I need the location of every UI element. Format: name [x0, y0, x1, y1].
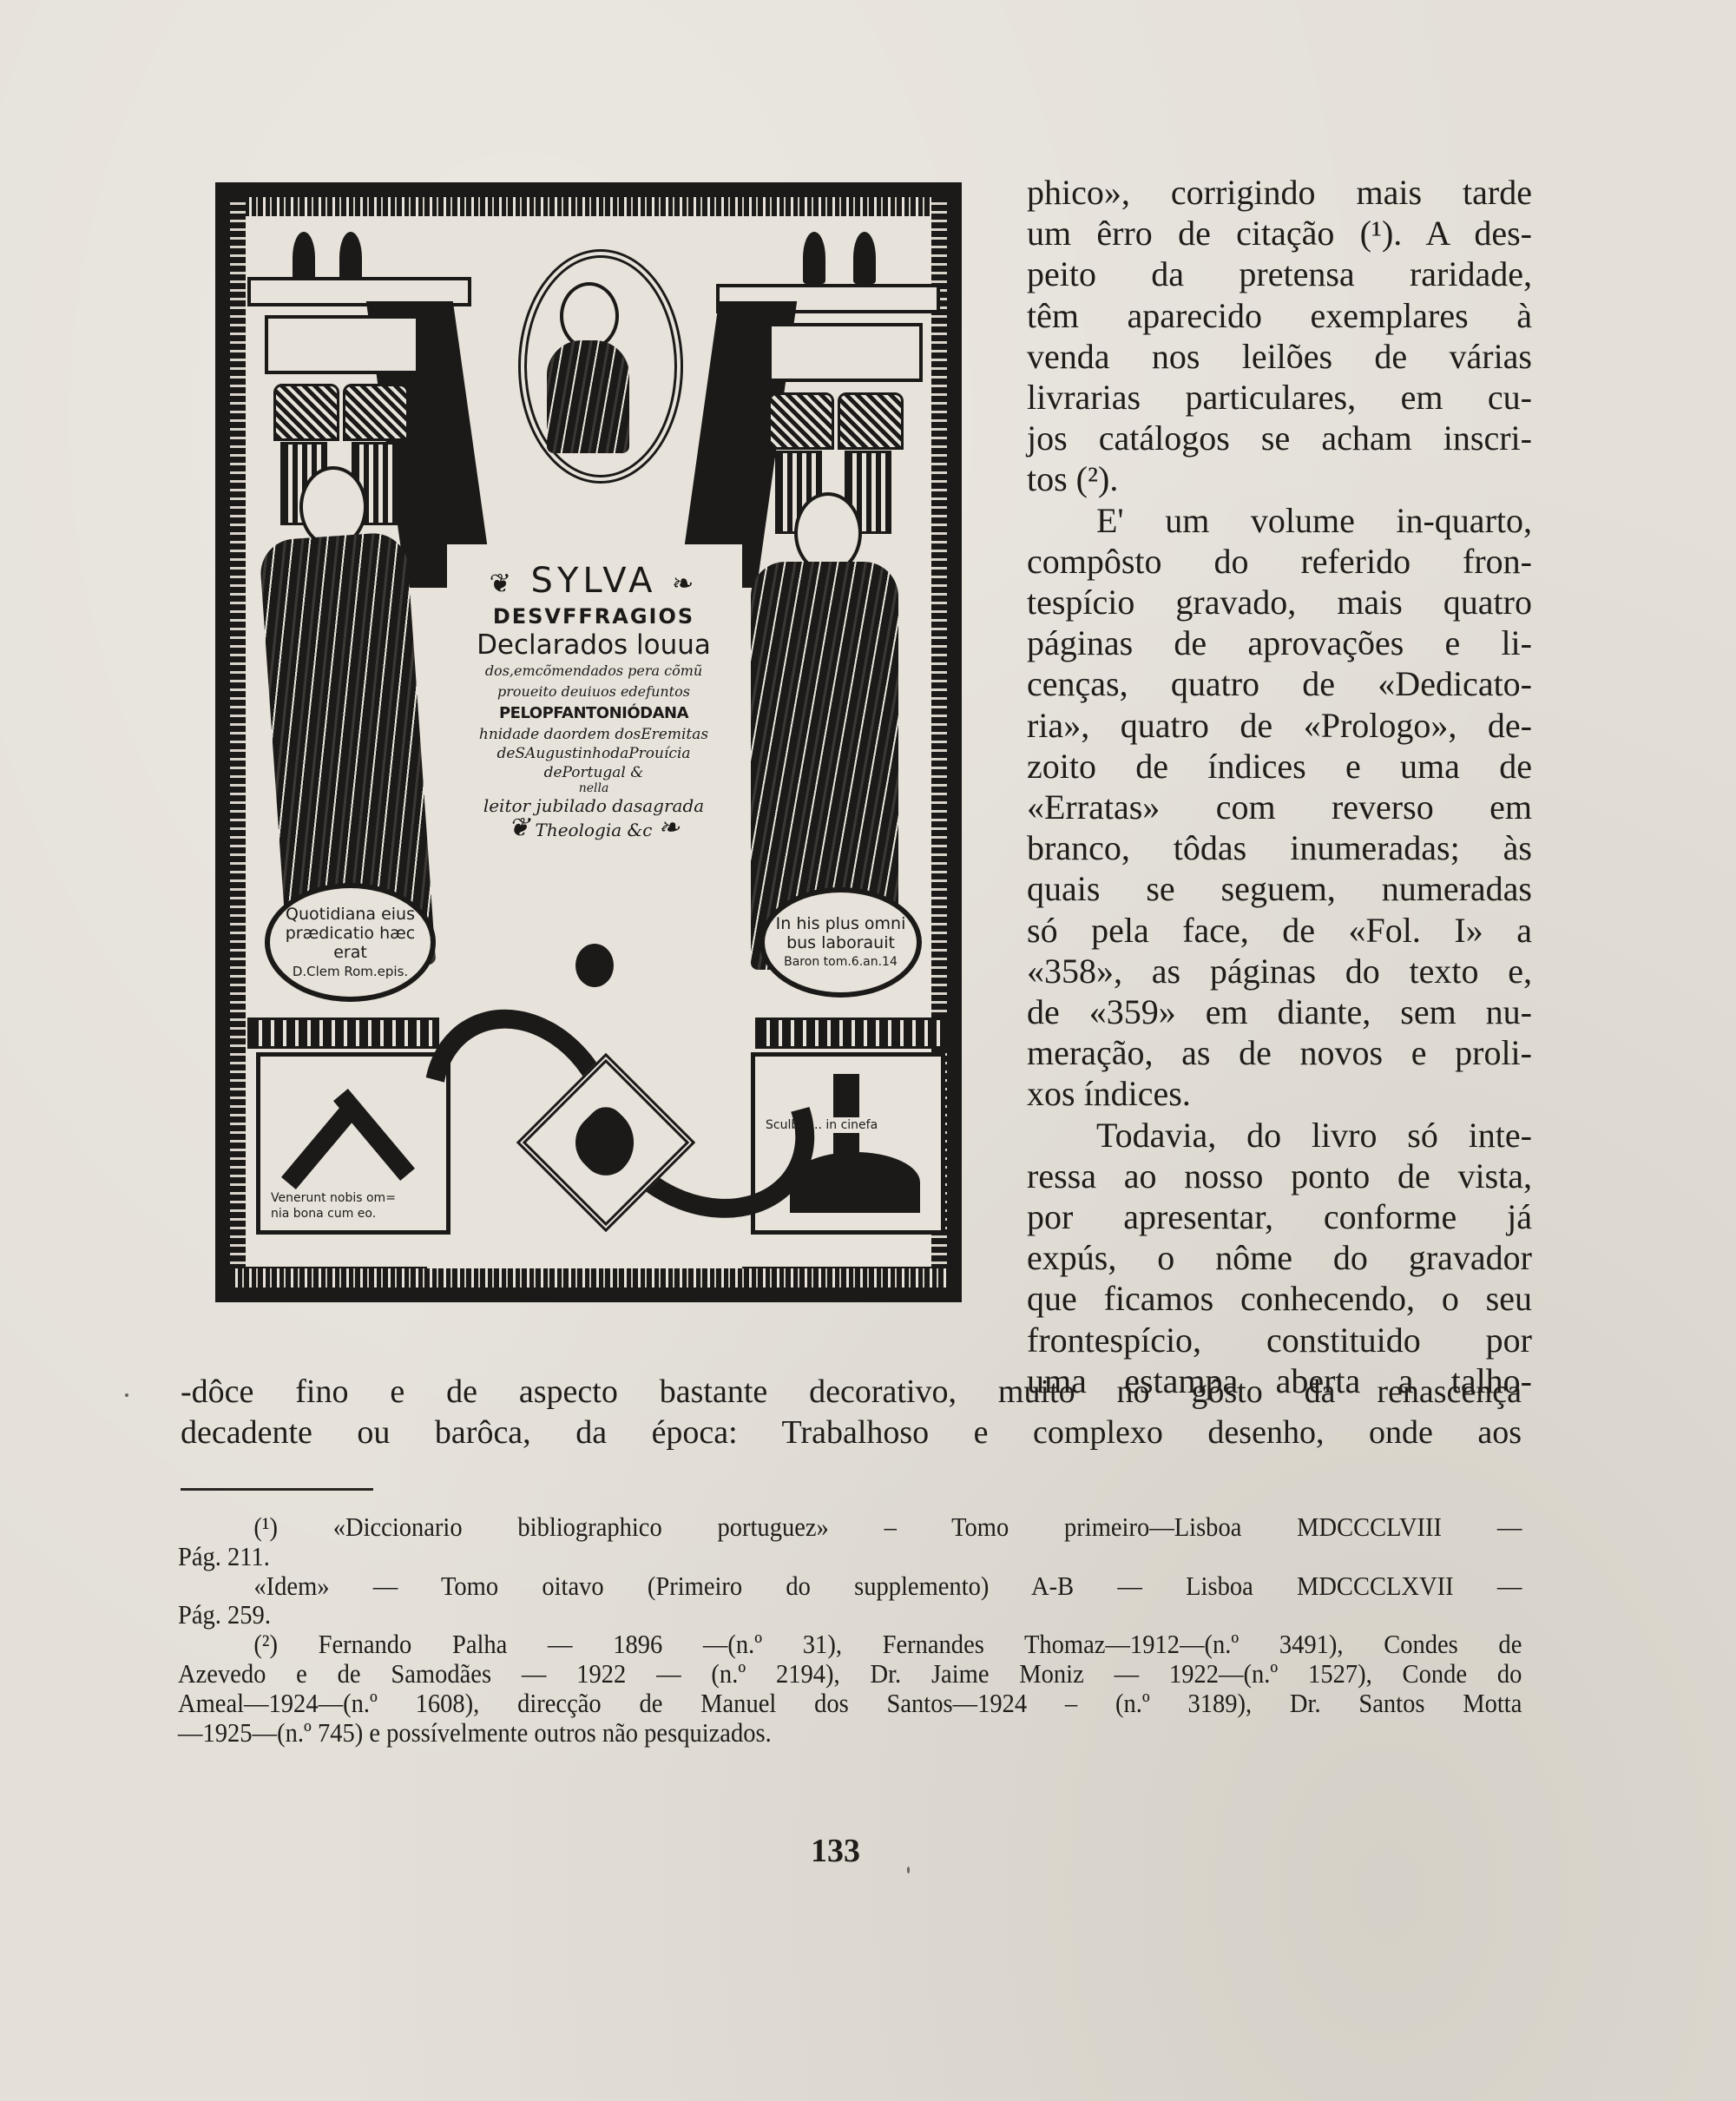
text-line: frontespício, constituido por — [1027, 1320, 1532, 1360]
finial-icon — [853, 232, 876, 284]
title-line: leitor jubilado dasagrada — [459, 794, 728, 817]
text-line: «358», as páginas do texto e, — [1027, 951, 1532, 991]
finial-icon — [293, 232, 315, 284]
flourish-icon: ❦ — [490, 569, 516, 599]
text-line: meração, as de novos e proli- — [1027, 1032, 1532, 1073]
text-line: por apresentar, conforme já — [1027, 1196, 1532, 1237]
left-cartouche: Quotidiana eius prædicatio hæc erat D.Cl… — [265, 883, 436, 1002]
crest-icon — [575, 944, 614, 987]
left-capital-2 — [343, 384, 409, 441]
page-number: 133 — [811, 1832, 860, 1870]
text-line: jos catálogos se acham inscri- — [1027, 418, 1532, 458]
footnote-2-cont: —1925—(n.º 745) e possívelmente outros n… — [178, 1718, 1522, 1748]
column-text: phico», corrigindo mais tarde um êrro de… — [1027, 172, 1532, 1401]
left-pedestal: Venerunt nobis om= nia bona cum eo. — [256, 1052, 450, 1235]
text-line: tespício gravado, mais quatro — [1027, 582, 1532, 622]
left-pedestal-band — [247, 1018, 439, 1049]
text-line: xos índices. — [1027, 1073, 1532, 1114]
frontispiece-engraving: ❦ SYLVA ❧ DESVFFRAGIOS Declarados louua … — [215, 182, 962, 1302]
title-line: hnidade daordem dosEremitas — [459, 725, 728, 744]
title-line: proueito deuiuos edefuntos — [459, 682, 728, 702]
text-line: só pela face, de «Fol. I» a — [1027, 910, 1532, 951]
engraving-field: ❦ SYLVA ❧ DESVFFRAGIOS Declarados louua … — [227, 194, 950, 1290]
text-line: livrarias particulares, em cu- — [1027, 377, 1532, 418]
text-line: venda nos leilões de várias — [1027, 336, 1532, 377]
footnote-2: (²) Fernando Palha — 1896 —(n.º 31), Fer… — [178, 1630, 1522, 1659]
cartouche-line: D.Clem Rom.epis. — [293, 962, 408, 981]
body-text-full-width: -dôce fino e de aspecto bastante decorat… — [181, 1372, 1522, 1453]
left-frieze-block — [265, 315, 419, 374]
text-line: phico», corrigindo mais tarde — [1027, 172, 1532, 213]
right-capital-2 — [838, 392, 904, 450]
caption-line: nia bona cum eo. — [271, 1206, 436, 1222]
text-line: -dôce fino e de aspecto bastante decorat… — [181, 1372, 1522, 1413]
cartouche-line: bus laborauit — [786, 933, 895, 952]
cartouche-line: erat — [333, 943, 367, 962]
text-line: branco, tôdas inumeradas; às — [1027, 827, 1532, 868]
text-line: têm aparecido exemplares à — [1027, 295, 1532, 336]
text-line: decadente ou barôca, da época: Trabalhos… — [181, 1413, 1522, 1453]
right-pedestal-band — [755, 1018, 947, 1049]
flourish-icon: ❦ — [508, 813, 529, 843]
paper-speck — [907, 1867, 910, 1874]
text-line: cenças, quatro de «Dedicato- — [1027, 663, 1532, 704]
bottom-frieze — [230, 1268, 947, 1288]
paragraph-start: Todavia, do livro só inte- — [1027, 1115, 1532, 1156]
right-cartouche: In his plus omni bus laborauit Baron tom… — [759, 887, 922, 998]
text-line: peito da pretensa raridade, — [1027, 254, 1532, 294]
title-line: Theologia &c — [535, 820, 652, 840]
cartouche-line: prædicatio hæc — [286, 924, 416, 943]
footnotes: (¹) «Diccionario bibliographico portugue… — [178, 1512, 1522, 1747]
paper-speck — [125, 1393, 128, 1397]
engraving-title: ❦ SYLVA ❧ DESVFFRAGIOS Declarados louua … — [459, 555, 728, 945]
text-line: expús, o nôme do gravador — [1027, 1237, 1532, 1278]
footnote-1b: «Idem» — Tomo oitavo (Primeiro do supple… — [178, 1571, 1522, 1601]
top-frieze — [230, 197, 947, 216]
footnote-1b-cont: Pág. 259. — [178, 1600, 1522, 1630]
text-line: páginas de aprovações e li- — [1027, 622, 1532, 663]
cartouche-line: In his plus omni — [776, 914, 906, 933]
footnote-separator — [181, 1488, 373, 1491]
lion-icon — [563, 1100, 649, 1186]
text-line: ressa ao nosso ponto de vista, — [1027, 1156, 1532, 1196]
title-line: dos,emcõmendados pera cõmũ — [459, 661, 728, 682]
footnote-2-cont: Ameal—1924—(n.º 1608), direcção de Manue… — [178, 1689, 1522, 1718]
text-line: tos (²). — [1027, 458, 1532, 499]
flourish-icon: ❧ — [658, 813, 680, 843]
finial-icon — [803, 232, 825, 284]
flourish-icon: ❧ — [672, 569, 698, 599]
author-line: PELOPFANTONIÓDANA — [459, 702, 728, 725]
finial-icon — [339, 232, 362, 284]
left-pedestal-caption: Venerunt nobis om= nia bona cum eo. — [271, 1190, 436, 1222]
right-frieze-block — [768, 323, 923, 382]
text-line: um êrro de citação (¹). A des- — [1027, 213, 1532, 254]
central-figure-robe — [547, 340, 629, 453]
cartouche-line: Quotidiana eius — [286, 905, 415, 924]
title-line: SYLVA — [531, 561, 657, 601]
text-line: zoito de índices e uma de — [1027, 746, 1532, 787]
footnote-2-cont: Azevedo e de Samodães — 1922 — (n.º 2194… — [178, 1659, 1522, 1689]
title-line: deSAugustinhodaProuícia — [459, 744, 728, 763]
left-capital-1 — [273, 384, 339, 441]
keys-icon — [333, 1089, 415, 1181]
text-line: quais se seguem, numeradas — [1027, 868, 1532, 909]
right-capital-1 — [768, 392, 834, 450]
title-line: Declarados louua — [459, 629, 728, 661]
title-line: DESVFFRAGIOS — [459, 603, 728, 629]
caption-line: Venerunt nobis om= — [271, 1190, 436, 1206]
text-line: compôsto do referido fron- — [1027, 541, 1532, 582]
title-line: nella — [459, 782, 728, 794]
text-line: «Erratas» com reverso em — [1027, 787, 1532, 827]
cartouche-line: Baron tom.6.an.14 — [784, 952, 898, 971]
title-line: dePortugal & — [459, 763, 728, 782]
text-line: ria», quatro de «Prologo», de- — [1027, 705, 1532, 746]
text-line: de «359» em diante, sem nu- — [1027, 991, 1532, 1032]
paragraph-start: E' um volume in-quarto, — [1027, 500, 1532, 541]
footnote-1: (¹) «Diccionario bibliographico portugue… — [178, 1512, 1522, 1542]
text-line: que ficamos conhecendo, o seu — [1027, 1278, 1532, 1319]
left-border — [230, 197, 246, 1288]
footnote-1-cont: Pág. 211. — [178, 1542, 1522, 1571]
